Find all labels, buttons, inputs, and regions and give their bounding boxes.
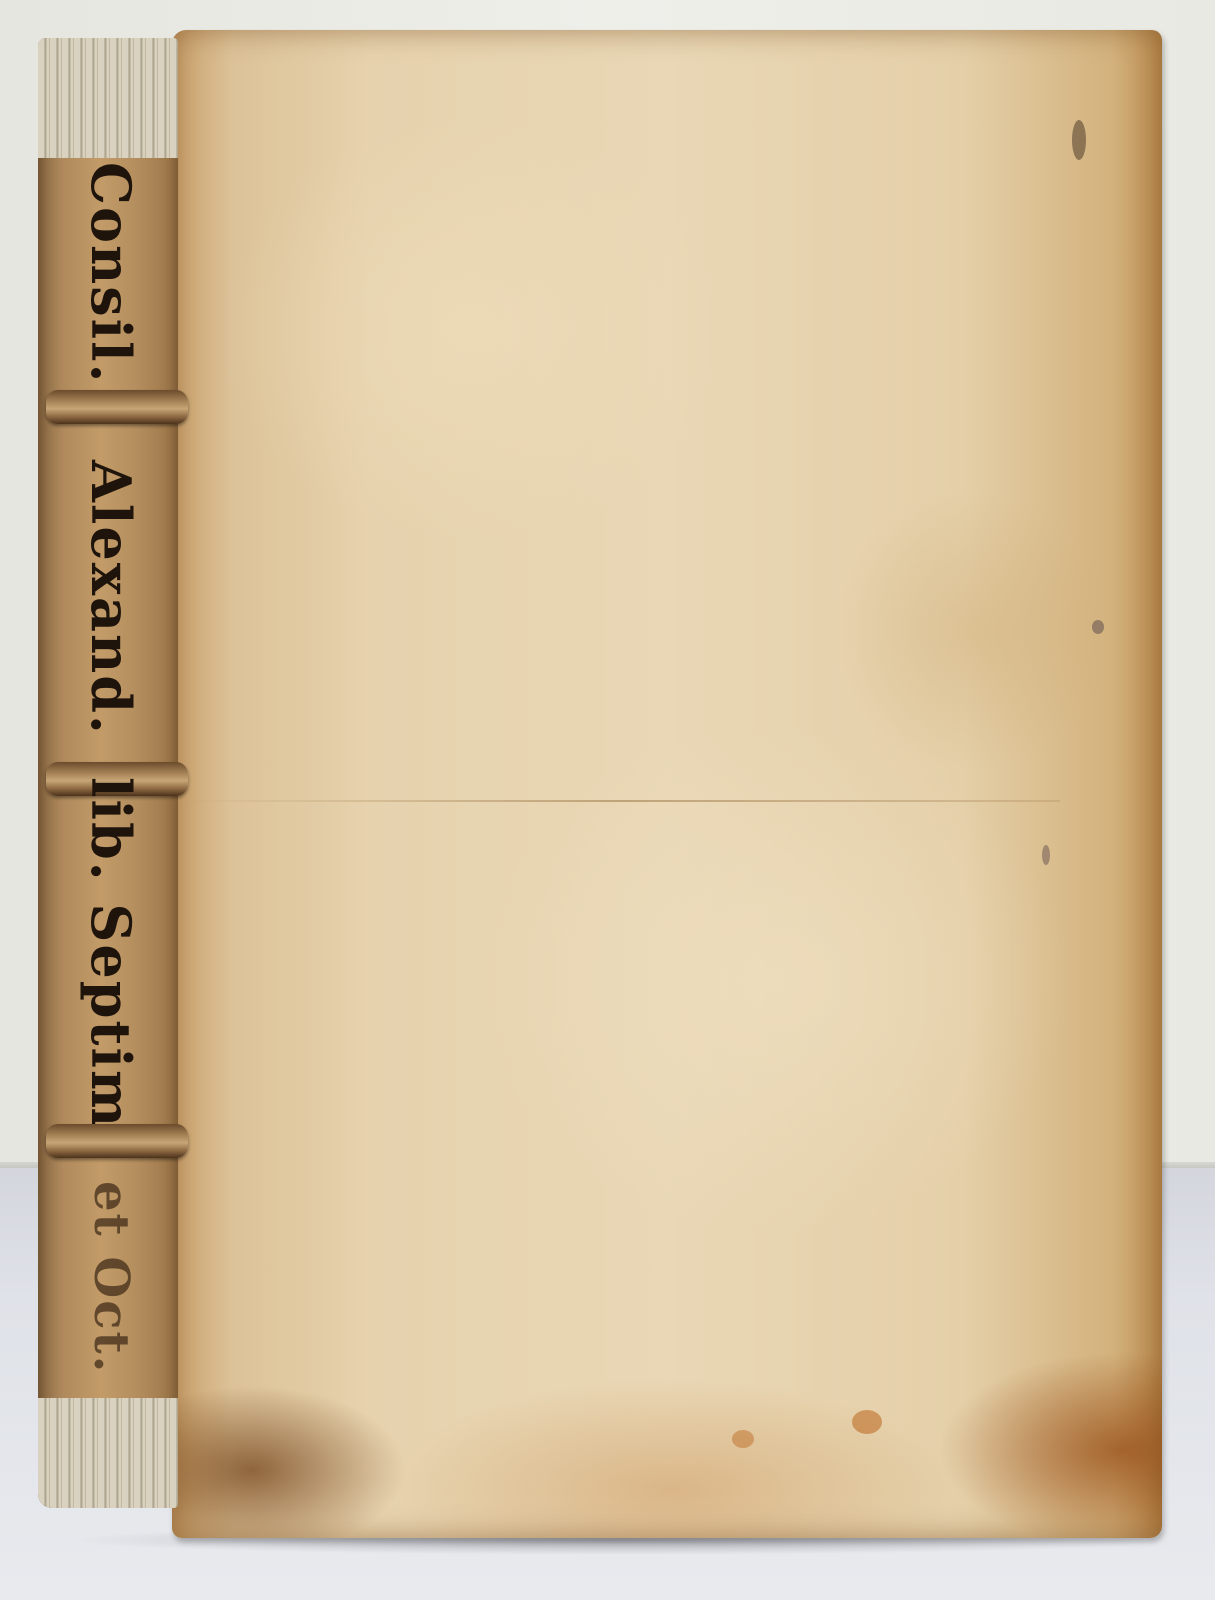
spine-label-3: lib. Septim. — [52, 803, 170, 1123]
cover-crease — [180, 800, 1060, 802]
spine-label-1: Consil. — [52, 163, 170, 383]
raised-band — [46, 1124, 188, 1158]
spine-label-text: lib. Septim. — [84, 777, 138, 1150]
spine-headcap — [38, 38, 178, 158]
spine-label-text: Consil. — [84, 162, 138, 385]
raised-band — [46, 390, 188, 424]
stain — [1072, 120, 1086, 160]
book-spine: Consil. Alexand. lib. Septim. et Oct. — [38, 38, 178, 1508]
book-front-cover — [172, 30, 1162, 1538]
spine-label-2: Alexand. — [52, 433, 170, 763]
stain — [732, 1430, 754, 1448]
spine-tailcap — [38, 1398, 178, 1508]
spine-label-text: et Oct. — [87, 1181, 135, 1374]
stain — [852, 1410, 882, 1434]
stain — [1092, 620, 1104, 634]
spine-label-text: Alexand. — [84, 460, 138, 736]
stain — [1042, 845, 1050, 865]
spine-label-4: et Oct. — [52, 1168, 170, 1388]
